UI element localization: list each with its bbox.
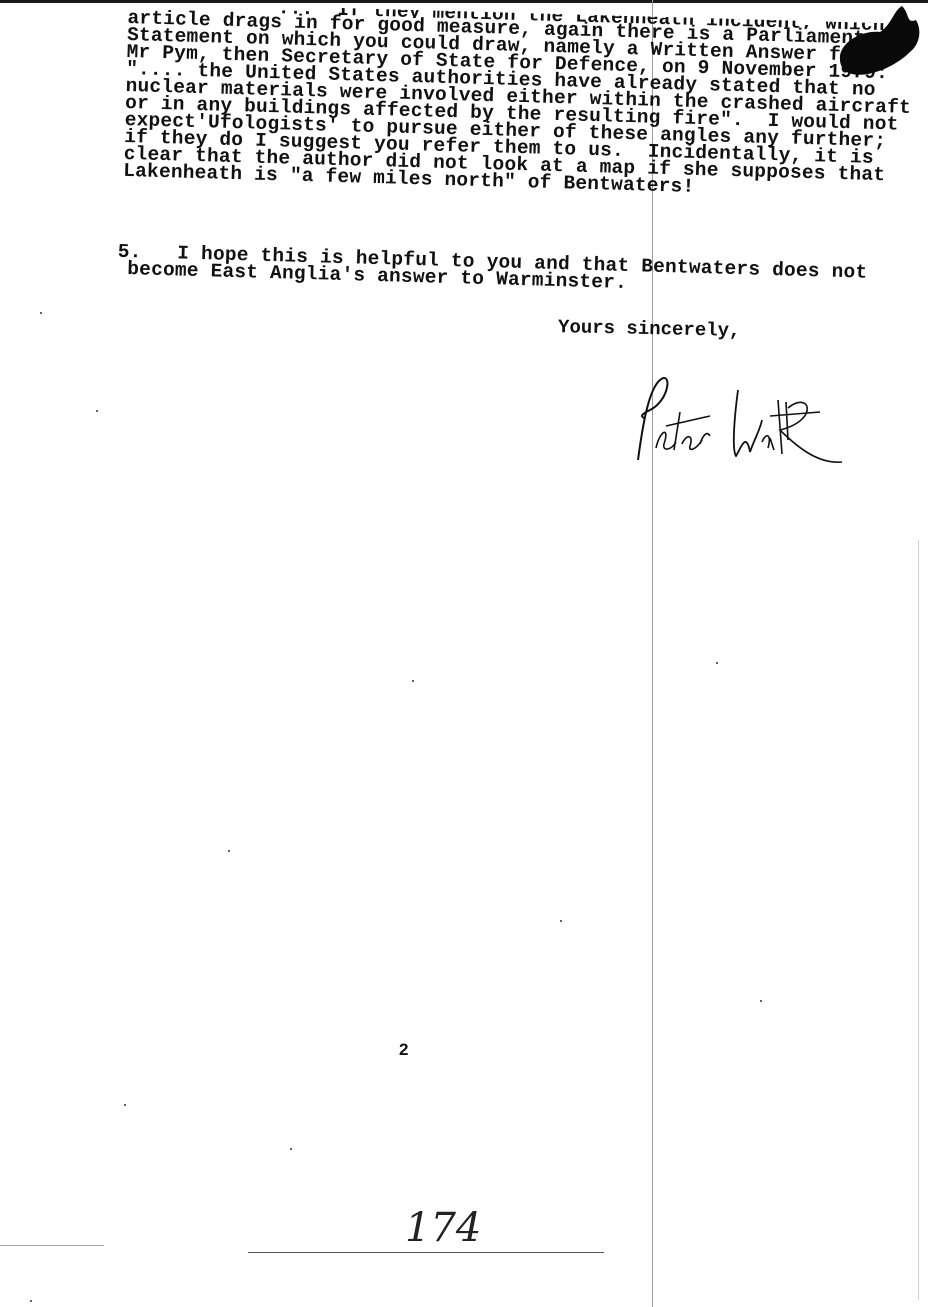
paragraph-5: 5. I hope this is helpful to you and tha… bbox=[127, 244, 888, 299]
scan-speck bbox=[124, 1104, 126, 1106]
closing-salutation: Yours sincerely, bbox=[558, 316, 741, 342]
scan-rule bbox=[0, 1245, 104, 1246]
paragraph-4: ... If they mention the Lakenheath incid… bbox=[123, 2, 888, 201]
folio-number: 174 bbox=[405, 1205, 481, 1251]
page-right-edge bbox=[918, 540, 919, 1300]
scan-speck bbox=[560, 920, 562, 922]
scan-speck bbox=[40, 312, 42, 314]
scan-speck bbox=[290, 1148, 292, 1150]
scan-speck bbox=[716, 662, 718, 664]
scan-speck bbox=[412, 680, 414, 682]
scan-speck bbox=[30, 1300, 32, 1302]
page-number: 2 bbox=[399, 1040, 408, 1060]
signature bbox=[620, 360, 850, 470]
folio-underline bbox=[248, 1252, 604, 1253]
ink-blot bbox=[830, 0, 928, 80]
scan-speck bbox=[760, 1000, 762, 1002]
scan-speck bbox=[228, 850, 230, 852]
scan-speck bbox=[96, 410, 98, 412]
